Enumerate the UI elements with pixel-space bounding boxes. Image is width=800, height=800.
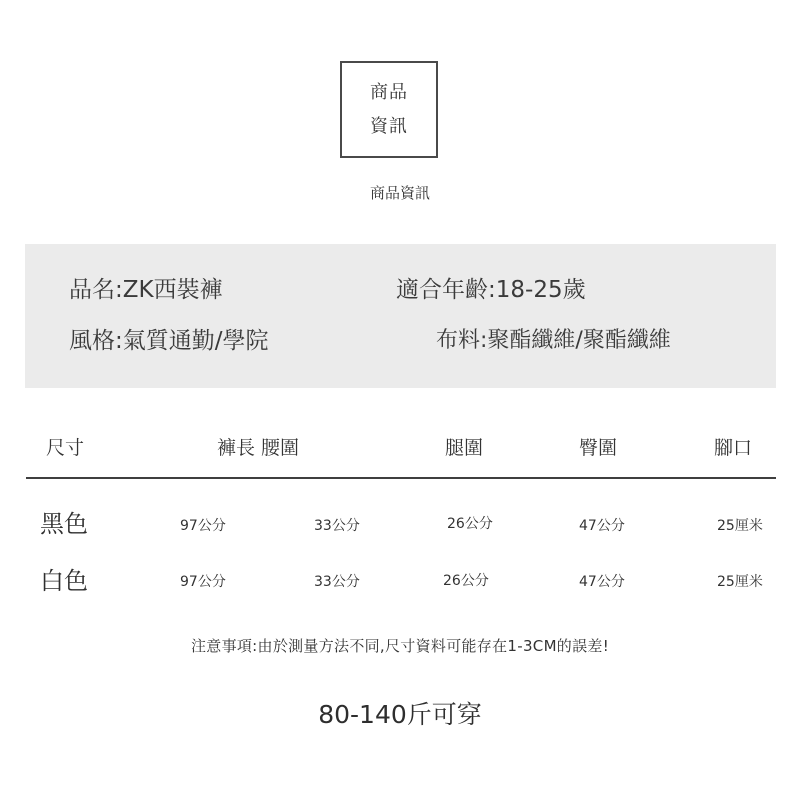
header-hem: 腳口	[714, 439, 752, 458]
weight-range: 80-140斤可穿	[0, 695, 800, 731]
measurement-note: 注意事項:由於測量方法不同,尺寸資料可能存在1-3CM的誤差!	[0, 635, 800, 656]
row-color-label: 白色	[40, 569, 88, 593]
header-length-waist: 褲長 腰圍	[217, 439, 299, 458]
cell-length: 97公分	[180, 519, 226, 533]
cell-hem: 25厘米	[717, 575, 763, 589]
cell-thigh: 26公分	[447, 517, 493, 531]
cell-hem: 25厘米	[717, 519, 763, 533]
product-style: 風格:氣質通勤/學院	[69, 330, 269, 353]
title-line-1: 商品	[370, 84, 408, 102]
cell-length: 97公分	[180, 575, 226, 589]
header-size: 尺寸	[46, 439, 84, 458]
cell-hip: 47公分	[579, 519, 625, 533]
row-color-label: 黑色	[40, 512, 88, 536]
title-line-2: 資訊	[370, 118, 408, 136]
cell-waist: 33公分	[314, 575, 360, 589]
header-hip: 臀圍	[579, 439, 617, 458]
product-info-page: 商品 資訊 商品資訊 品名:ZK西裝褲 適合年齡:18-25歲 風格:氣質通勤/…	[0, 0, 800, 800]
suitable-age: 適合年齡:18-25歲	[396, 279, 586, 302]
product-info-band: 品名:ZK西裝褲 適合年齡:18-25歲 風格:氣質通勤/學院 布料:聚酯纖維/…	[25, 244, 776, 388]
title-box: 商品 資訊	[340, 61, 438, 158]
section-subtitle: 商品資訊	[0, 182, 800, 203]
header-thigh: 腿圍	[445, 439, 483, 458]
cell-thigh: 26公分	[443, 574, 489, 588]
product-fabric: 布料:聚酯纖維/聚酯纖維	[436, 330, 671, 352]
cell-hip: 47公分	[579, 575, 625, 589]
product-name: 品名:ZK西裝褲	[69, 279, 223, 302]
cell-waist: 33公分	[314, 519, 360, 533]
table-divider	[26, 477, 776, 479]
